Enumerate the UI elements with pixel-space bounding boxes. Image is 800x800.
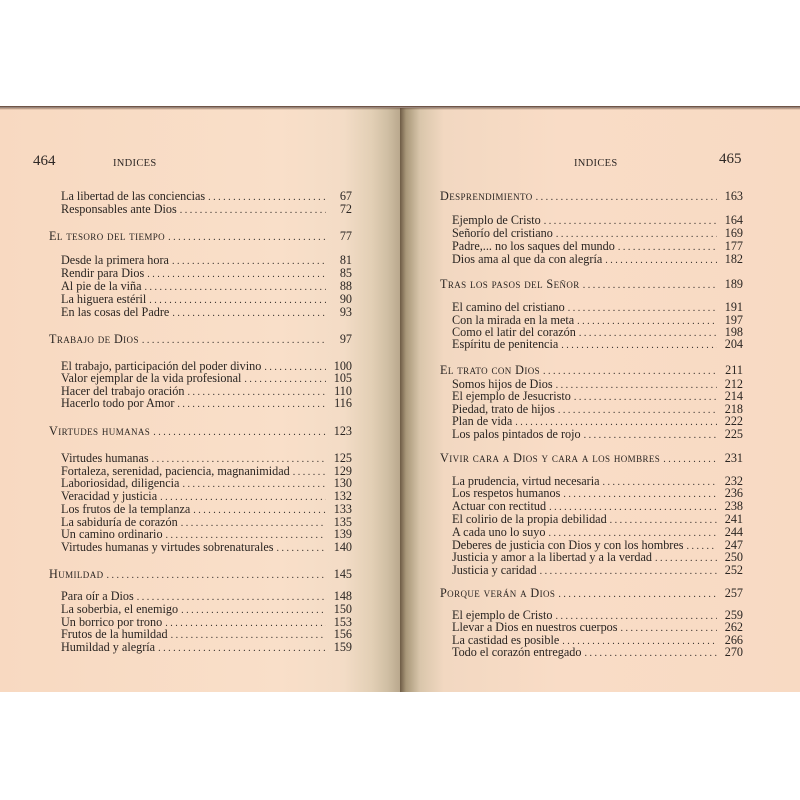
leader-dots xyxy=(277,542,327,555)
entry-title: Dios ama al que da con alegría xyxy=(452,253,605,266)
entry-title: Porque verán a Dios xyxy=(440,587,558,600)
entry-page-number: 225 xyxy=(717,428,743,441)
entry-title: Todo el corazón entregado xyxy=(452,646,584,659)
leader-dots xyxy=(153,426,326,439)
leader-dots xyxy=(180,204,326,217)
entry-page-number: 270 xyxy=(717,646,743,659)
entry-page-number: 77 xyxy=(326,230,352,243)
toc-entry: Hacerlo todo por Amor 116 xyxy=(61,397,352,411)
toc-section-heading: Tras los pasos del Señor 189 xyxy=(440,278,743,292)
toc-entry: Los palos pintados de rojo 225 xyxy=(452,428,743,442)
entry-page-number: 204 xyxy=(717,338,743,351)
entry-page-number: 72 xyxy=(326,203,352,216)
entry-title: Justicia y caridad xyxy=(452,564,540,577)
toc-section-heading: El trato con Dios 211 xyxy=(440,364,743,378)
page-number: 465 xyxy=(719,151,742,168)
left-page: 464 INDICES La libertad de las concienci… xyxy=(0,108,400,692)
entry-page-number: 189 xyxy=(717,278,743,291)
toc-section-heading: Humildad 145 xyxy=(49,568,352,582)
entry-title: Trabajo de Dios xyxy=(49,333,142,346)
entry-title: Virtudes humanas y virtudes sobrenatural… xyxy=(61,541,277,554)
entry-title: Los palos pintados de rojo xyxy=(452,428,584,441)
toc-section-heading: Desprendimiento 163 xyxy=(440,190,743,204)
entry-page-number: 257 xyxy=(717,587,743,600)
leader-dots xyxy=(168,231,326,244)
leader-dots xyxy=(107,569,327,582)
leader-dots xyxy=(663,453,717,466)
entry-title: El trato con Dios xyxy=(440,364,543,377)
leader-dots xyxy=(558,588,717,601)
toc-entry: Justicia y caridad 252 xyxy=(452,564,743,578)
entry-title: Vivir cara a Dios y cara a los hombres xyxy=(440,452,663,465)
leader-dots xyxy=(584,429,717,442)
entry-page-number: 231 xyxy=(717,452,743,465)
entry-page-number: 140 xyxy=(326,541,352,554)
entry-page-number: 182 xyxy=(717,253,743,266)
toc-entry: Humildad y alegría 159 xyxy=(61,641,352,655)
entry-title: Desprendimiento xyxy=(440,190,536,203)
entry-title: El tesoro del tiempo xyxy=(49,230,168,243)
entry-title: Hacerlo todo por Amor xyxy=(61,397,177,410)
toc-section-heading: El tesoro del tiempo 77 xyxy=(49,230,352,244)
leader-dots xyxy=(543,365,717,378)
entry-title: Responsables ante Dios xyxy=(61,203,180,216)
entry-page-number: 97 xyxy=(326,333,352,346)
entry-title: En las cosas del Padre xyxy=(61,306,172,319)
page-top-shadow xyxy=(0,106,800,110)
toc-section-heading: Virtudes humanas 123 xyxy=(49,425,352,439)
running-head: INDICES xyxy=(574,158,618,169)
page-number: 464 xyxy=(33,153,56,170)
entry-title: Tras los pasos del Señor xyxy=(440,278,583,291)
entry-page-number: 159 xyxy=(326,641,352,654)
leader-dots xyxy=(584,647,717,660)
book-spread: 464 INDICES La libertad de las concienci… xyxy=(0,108,800,692)
entry-page-number: 252 xyxy=(717,564,743,577)
leader-dots xyxy=(172,307,326,320)
leader-dots xyxy=(561,339,717,352)
entry-page-number: 123 xyxy=(326,425,352,438)
leader-dots xyxy=(142,334,326,347)
leader-dots xyxy=(540,565,717,578)
entry-title: Humildad y alegría xyxy=(61,641,158,654)
entry-page-number: 163 xyxy=(717,190,743,203)
entry-page-number: 116 xyxy=(326,397,352,410)
leader-dots xyxy=(583,279,717,292)
leader-dots xyxy=(177,398,326,411)
toc-entry: En las cosas del Padre 93 xyxy=(61,306,352,320)
entry-page-number: 93 xyxy=(326,306,352,319)
toc-section-heading: Vivir cara a Dios y cara a los hombres 2… xyxy=(440,452,743,466)
toc-entry: Dios ama al que da con alegría 182 xyxy=(452,253,743,267)
entry-title: Virtudes humanas xyxy=(49,425,153,438)
right-page: 465 INDICES Desprendimiento 163 Ejemplo … xyxy=(400,108,800,692)
entry-title: Humildad xyxy=(49,568,107,581)
leader-dots xyxy=(536,191,717,204)
toc-entry: Espíritu de penitencia 204 xyxy=(452,338,743,352)
toc-entry: Virtudes humanas y virtudes sobrenatural… xyxy=(61,541,352,555)
entry-page-number: 145 xyxy=(326,568,352,581)
entry-title: Espíritu de penitencia xyxy=(452,338,561,351)
toc-section-heading: Porque verán a Dios 257 xyxy=(440,587,743,601)
leader-dots xyxy=(605,254,717,267)
toc-entry: Todo el corazón entregado 270 xyxy=(452,646,743,660)
toc-entry: Responsables ante Dios 72 xyxy=(61,203,352,217)
toc-section-heading: Trabajo de Dios 97 xyxy=(49,333,352,347)
leader-dots xyxy=(158,642,326,655)
entry-page-number: 211 xyxy=(717,364,743,377)
running-head: INDICES xyxy=(113,158,157,169)
